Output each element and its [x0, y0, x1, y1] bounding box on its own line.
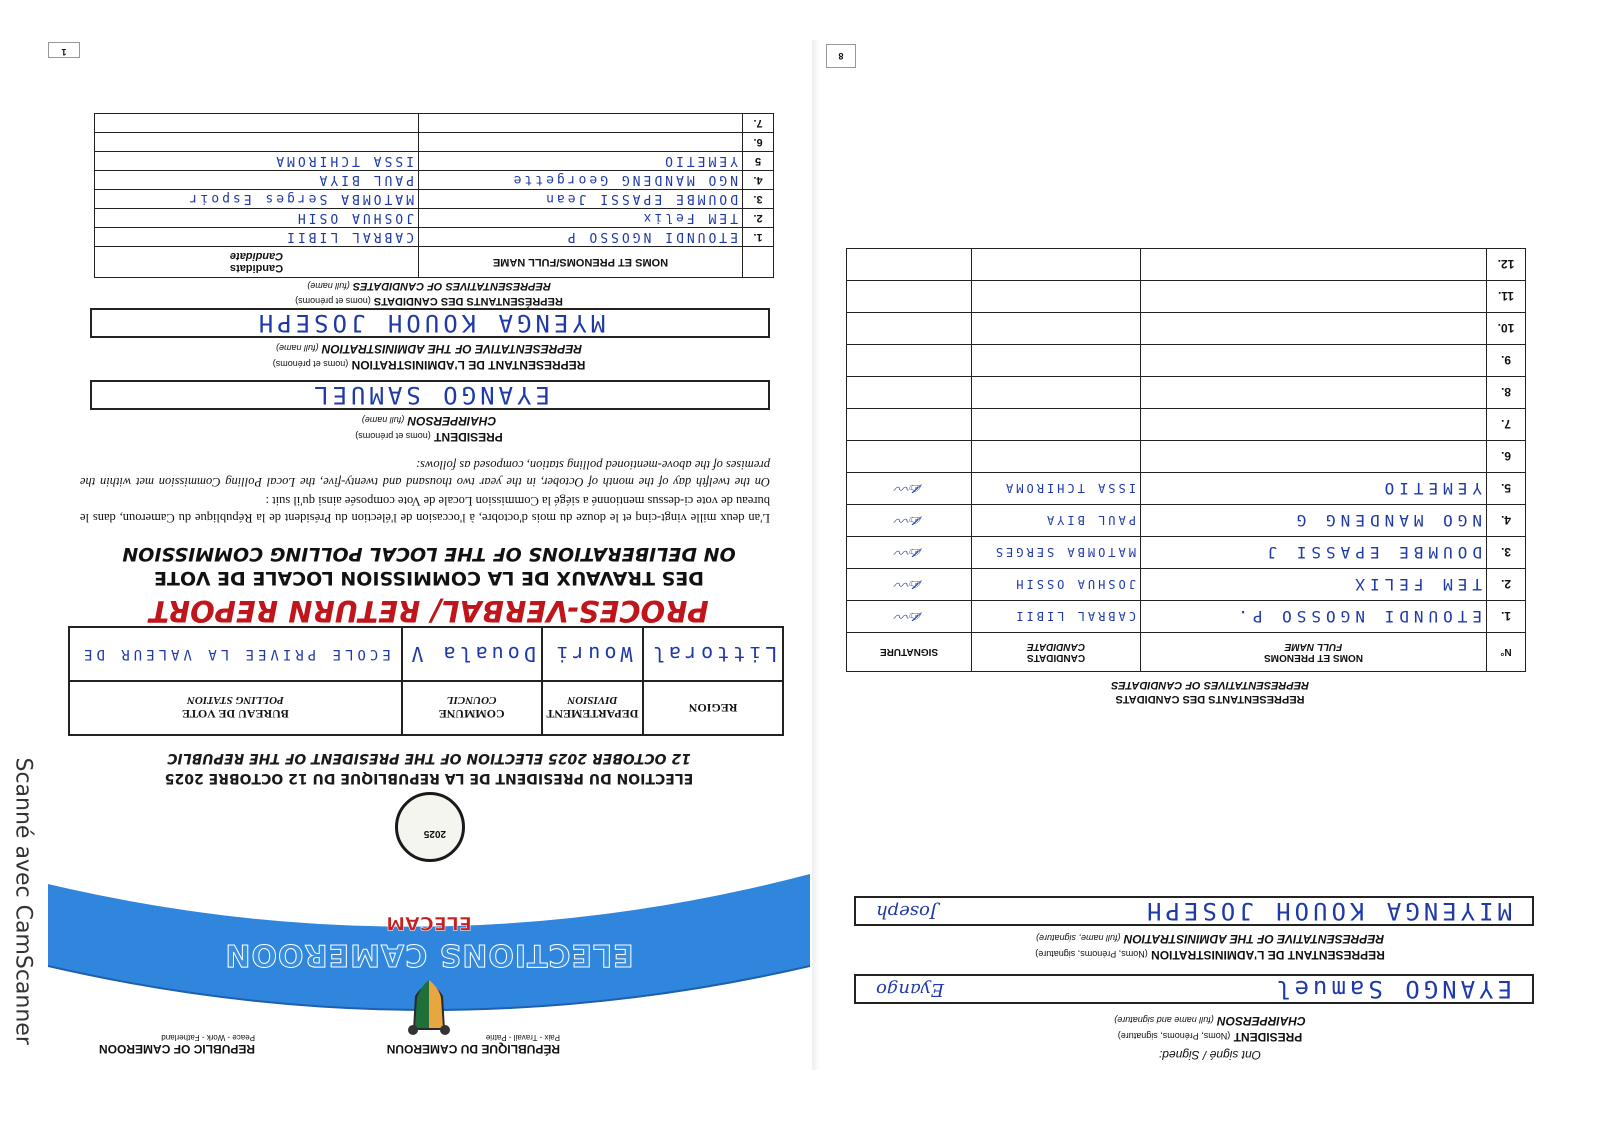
candidate-rep-signature-row: 1.ETOUNDI NGOSSO P.CABRAL LIBII✍︎〰: [847, 601, 1526, 633]
candidate-name: MATOMBA Serges Espoir: [95, 190, 419, 209]
candidate-reps-table: NOMS ET PRENOMS/FULL NAME CandidatsCandi…: [94, 113, 774, 278]
signature-cell: [847, 409, 972, 441]
row-number: 6.: [1487, 441, 1526, 473]
row-number: 1.: [1487, 601, 1526, 633]
rep-name: TEM Felix: [419, 209, 743, 228]
row-number: 2.: [743, 209, 774, 228]
header-candidate: CANDIDATSCANDIDATE: [972, 633, 1141, 672]
rep-name: [1141, 377, 1487, 409]
president-name-field: EYANGO SAMUEL: [90, 380, 770, 410]
row-number: 1.: [743, 228, 774, 247]
header-polling-station: BUREAU DE VOTEPOLLING STATION: [69, 681, 402, 735]
header-candidate: CandidatsCandidate: [95, 247, 419, 278]
signature-cell: [847, 441, 972, 473]
candidate-name: [972, 441, 1141, 473]
row-number: 7.: [1487, 409, 1526, 441]
rep-name: YEMETIO: [1141, 473, 1487, 505]
rep-name: YEMETIO: [419, 152, 743, 171]
handwritten-signature-icon: ✍︎〰: [895, 543, 923, 561]
candidate-rep-signature-row: 10.: [847, 313, 1526, 345]
row-number: 11.: [1487, 281, 1526, 313]
candidate-rep-signature-row: 8.: [847, 377, 1526, 409]
row-number: 7.: [743, 114, 774, 133]
row-number: 6.: [743, 133, 774, 152]
header-region: REGION: [643, 681, 783, 735]
republic-en: REPUBLIC OF CAMEROON Peace - Work - Fath…: [99, 1033, 255, 1056]
watermark-text: Scanné avec CamScanner: [11, 758, 36, 1088]
admin-rep-signature-field: MIYENGA KOUOH JOSEPH Joseph: [854, 896, 1534, 926]
candidate-name: CABRAL LIBII: [972, 601, 1141, 633]
rep-name: ETOUNDI NGOSSO P.: [1141, 601, 1487, 633]
header-num: N°: [1487, 633, 1526, 672]
admin-rep-signature: Joseph: [876, 898, 937, 924]
candidate-name: [972, 249, 1141, 281]
candidate-rep-row: 6.: [95, 133, 774, 152]
signature-cell: ✍︎〰: [847, 569, 972, 601]
candidate-rep-row: 3.DOUMBE EPASSI JeanMATOMBA Serges Espoi…: [95, 190, 774, 209]
signature-cell: [847, 249, 972, 281]
president-signature: Eyango: [876, 976, 944, 1002]
candidate-rep-signature-row: 3.DOUMBE EPASSI JMATOMBA SERGES✍︎〰: [847, 537, 1526, 569]
candidate-rep-signature-row: 12.: [847, 249, 1526, 281]
admin-rep-label: REPRESENTANT DE L'ADMINISTRATION (noms e…: [48, 340, 810, 372]
signature-cell: ✍︎〰: [847, 601, 972, 633]
header-division: DEPARTEMENTDIVISION: [542, 681, 644, 735]
candidate-rep-signature-row: 2.TEM FELIXJOSHUA OSSIH✍︎〰: [847, 569, 1526, 601]
signature-cell: [847, 345, 972, 377]
candidate-rep-signature-row: 9.: [847, 345, 1526, 377]
rep-name: TEM FELIX: [1141, 569, 1487, 601]
candidate-name: [972, 313, 1141, 345]
candidate-name: PAUL BIYA: [972, 505, 1141, 537]
handwritten-signature-icon: ✍︎〰: [895, 607, 923, 625]
camscanner-watermark: Scanné avec CamScanner: [8, 760, 38, 1090]
candidate-rep-signature-row: 11.: [847, 281, 1526, 313]
value-division: Wouri: [542, 627, 644, 681]
page-gutter: [812, 40, 820, 1070]
candidate-name: MATOMBA SERGES: [972, 537, 1141, 569]
candidate-reps-label: REPRÉSENTANTS DES CANDIDATS (noms et pré…: [48, 278, 810, 308]
candidate-name: [972, 345, 1141, 377]
row-number: 4.: [743, 171, 774, 190]
candidate-name: [972, 409, 1141, 441]
elecam-acronym: ELECAM: [48, 912, 810, 934]
rep-name: ETOUNDI NGOSSO P: [419, 228, 743, 247]
president-label: PRESIDENT (noms et prénoms) CHAIRPERSON …: [48, 412, 810, 444]
candidate-rep-signature-row: 5.YEMETIOISSA TCHIROMA✍︎〰: [847, 473, 1526, 505]
row-number: 5.: [1487, 473, 1526, 505]
candidate-rep-row: 7.: [95, 114, 774, 133]
candidate-rep-row: 1.ETOUNDI NGOSSO PCABRAL LIBII: [95, 228, 774, 247]
admin-rep-label: REPRESENTANT DE L'ADMINISTRATION (Noms, …: [860, 930, 1560, 962]
candidate-rep-signature-row: 4.NGO MANDENG GPAUL BIYA✍︎〰: [847, 505, 1526, 537]
row-number: 3.: [743, 190, 774, 209]
candidate-reps-title: REPRESENTANTS DES CANDIDATS REPRESENTATI…: [860, 678, 1560, 706]
signature-cell: [847, 313, 972, 345]
president-label: PRESIDENT (Noms, Prénoms, signature) CHA…: [860, 1012, 1560, 1044]
candidate-rep-signature-row: 6.: [847, 441, 1526, 473]
row-number: 3.: [1487, 537, 1526, 569]
row-number: 10.: [1487, 313, 1526, 345]
candidate-name: ISSA TCHIROMA: [95, 152, 419, 171]
value-polling-station: ECOLE PRIVEE LA VALEUR DE: [69, 627, 402, 681]
handwritten-signature-icon: ✍︎〰: [895, 479, 923, 497]
row-number: 4.: [1487, 505, 1526, 537]
candidate-name: JOSHUA OSIH: [95, 209, 419, 228]
intro-paragraph: L'an deux mille vingt-cinq et le douze d…: [80, 454, 770, 526]
rep-name: [1141, 345, 1487, 377]
candidate-name: CABRAL LIBII: [95, 228, 419, 247]
header-full-name: NOMS ET PRENOMS/FULL NAME: [419, 247, 743, 278]
signature-cell: ✍︎〰: [847, 505, 972, 537]
row-number: 5: [743, 152, 774, 171]
left-page-number: 1: [48, 42, 80, 58]
signature-cell: [847, 377, 972, 409]
candidate-rep-row: 2.TEM FelixJOSHUA OSIH: [95, 209, 774, 228]
rep-name: [1141, 313, 1487, 345]
elecam-header-banner: RÉPUBLIQUE DU CAMEROUN Paix - Travail - …: [48, 874, 810, 1084]
rep-name: [1141, 409, 1487, 441]
candidate-name: [95, 133, 419, 152]
elecam-org-name: ELECTIONS CAMEROON: [48, 937, 810, 972]
cameroon-coat-of-arms-icon: [405, 972, 453, 1036]
signed-label: Ont signé / Signed:: [860, 1048, 1560, 1062]
right-page-number: 8: [826, 44, 856, 68]
row-number: 2.: [1487, 569, 1526, 601]
value-region: Littoral: [643, 627, 783, 681]
candidate-name: PAUL BIYA: [95, 171, 419, 190]
row-number: 12.: [1487, 249, 1526, 281]
candidate-rep-row: 5YEMETIOISSA TCHIROMA: [95, 152, 774, 171]
rep-name: NGO MANDENG G: [1141, 505, 1487, 537]
rep-name: [1141, 441, 1487, 473]
candidate-name: [972, 377, 1141, 409]
handwritten-signature-icon: ✍︎〰: [895, 511, 923, 529]
candidate-reps-signature-table: N° NOMS ET PRENOMSFULL NAME CANDIDATSCAN…: [846, 248, 1526, 672]
admin-rep-name-field: MYENGA KOUOH JOSEPH: [90, 308, 770, 338]
intro-fr: L'an deux mille vingt-cinq et le douze d…: [80, 492, 770, 526]
location-table: REGION DEPARTEMENTDIVISION COMMUNECOUNCI…: [68, 626, 784, 736]
right-page-signatures: Ont signé / Signed: PRESIDENT (Noms, Pré…: [820, 44, 1560, 1084]
handwritten-signature-icon: ✍︎〰: [895, 575, 923, 593]
row-number: 8.: [1487, 377, 1526, 409]
report-subtitle: DES TRAVAUX DE LA COMMISSION LOCALE DE V…: [48, 542, 810, 590]
rep-name: NGO MANDENG Georgette: [419, 171, 743, 190]
rep-name: DOUMBE EPASSI Jean: [419, 190, 743, 209]
left-page-return-report: RÉPUBLIQUE DU CAMEROUN Paix - Travail - …: [48, 44, 810, 1084]
row-number: 9.: [1487, 345, 1526, 377]
rep-name: DOUMBE EPASSI J: [1141, 537, 1487, 569]
report-title: PROCES-VERBAL/ RETURN REPORT: [48, 594, 810, 628]
candidate-rep-row: 4.NGO MANDENG GeorgettePAUL BIYA: [95, 171, 774, 190]
candidate-name: ISSA TCHIROMA: [972, 473, 1141, 505]
header-full-name: NOMS ET PRENOMSFULL NAME: [1141, 633, 1487, 672]
header-signature: SIGNATURE: [847, 633, 972, 672]
president-signature-field: EYANGO Samuel Eyango: [854, 974, 1534, 1004]
candidate-name: JOSHUA OSSIH: [972, 569, 1141, 601]
rep-name: [419, 133, 743, 152]
value-council: Douala V: [402, 627, 542, 681]
elecam-2025-seal-icon: 2025: [395, 792, 465, 862]
intro-en: On the twelfth day of the month of Octob…: [80, 456, 770, 490]
candidate-name: [972, 281, 1141, 313]
rep-name: [1141, 281, 1487, 313]
candidate-rep-signature-row: 7.: [847, 409, 1526, 441]
republic-fr: RÉPUBLIQUE DU CAMEROUN Paix - Travail - …: [387, 1033, 560, 1056]
election-title: ELECTION DU PRESIDENT DE LA REPUBLIQUE D…: [48, 748, 810, 788]
signature-cell: ✍︎〰: [847, 537, 972, 569]
signature-cell: [847, 281, 972, 313]
header-council: COMMUNECOUNCIL: [402, 681, 542, 735]
rep-name: [1141, 249, 1487, 281]
rep-name: [419, 114, 743, 133]
signature-cell: ✍︎〰: [847, 473, 972, 505]
candidate-name: [95, 114, 419, 133]
